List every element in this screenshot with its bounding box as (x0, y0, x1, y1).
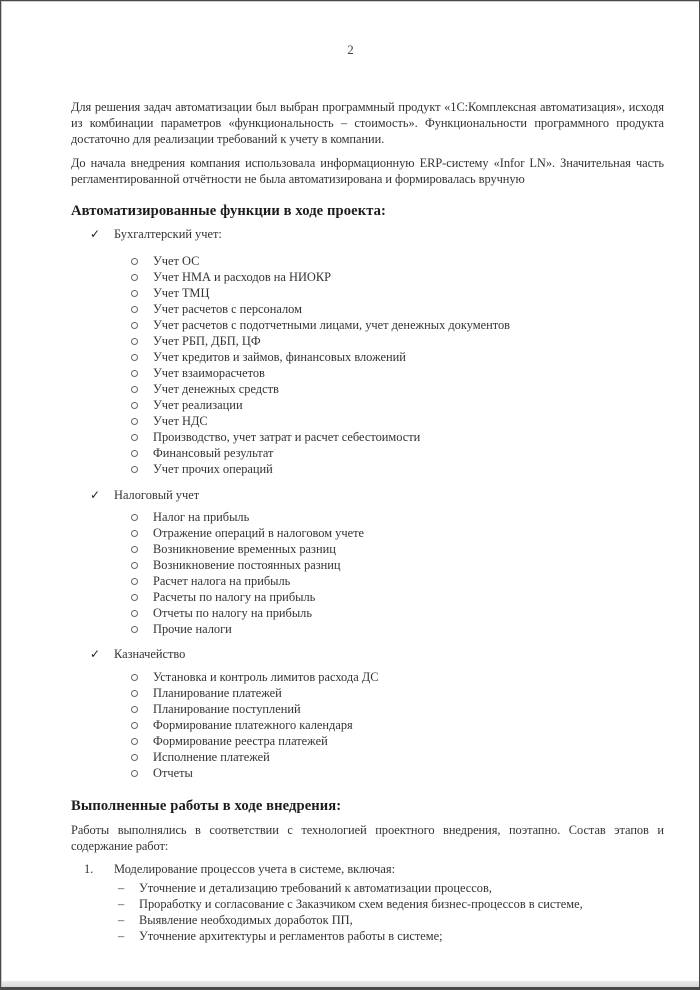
scan-edge (2, 981, 699, 987)
works-paragraph: Работы выполнялись в соответствии с техн… (71, 822, 664, 854)
list-item: Учет денежных средств (131, 381, 510, 397)
list-item: Исполнение платежей (131, 749, 379, 765)
list-item: –Уточнение и детализацию требований к ав… (118, 880, 583, 896)
hollow-circle-icon (131, 370, 138, 377)
list-item: Учет взаиморасчетов (131, 365, 510, 381)
section-heading-completed-works: Выполненные работы в ходе внедрения: (71, 798, 341, 815)
list-item-text: Отражение операций в налоговом учете (153, 525, 364, 541)
hollow-circle-icon (131, 402, 138, 409)
list-item: Расчеты по налогу на прибыль (131, 589, 364, 605)
hollow-circle-icon (131, 418, 138, 425)
list-item-text: Учет денежных средств (153, 381, 279, 397)
list-item: –Уточнение архитектуры и регламентов раб… (118, 928, 583, 944)
hollow-circle-icon (131, 578, 138, 585)
list-item: Учет НМА и расходов на НИОКР (131, 269, 510, 285)
list-item: Отчеты (131, 765, 379, 781)
list-item: Планирование платежей (131, 685, 379, 701)
hollow-circle-icon (131, 338, 138, 345)
list-item-text: Производство, учет затрат и расчет себес… (153, 429, 420, 445)
hollow-circle-icon (131, 770, 138, 777)
accounting-items-list: Учет ОСУчет НМА и расходов на НИОКРУчет … (131, 253, 510, 477)
list-item: Учет РБП, ДБП, ЦФ (131, 333, 510, 349)
check-mark-icon: ✓ (90, 647, 108, 662)
hollow-circle-icon (131, 306, 138, 313)
hollow-circle-icon (131, 290, 138, 297)
list-item-text: Расчеты по налогу на прибыль (153, 589, 315, 605)
check-mark-icon: ✓ (90, 227, 108, 242)
hollow-circle-icon (131, 594, 138, 601)
hollow-circle-icon (131, 354, 138, 361)
list-item: Планирование поступлений (131, 701, 379, 717)
list-item: Учет реализации (131, 397, 510, 413)
list-item: Производство, учет затрат и расчет себес… (131, 429, 510, 445)
list-item: Учет НДС (131, 413, 510, 429)
group-title: Бухгалтерский учет: (114, 227, 222, 242)
list-item-text: Расчет налога на прибыль (153, 573, 290, 589)
list-item: –Проработку и согласование с Заказчиком … (118, 896, 583, 912)
hollow-circle-icon (131, 674, 138, 681)
hollow-circle-icon (131, 274, 138, 281)
hollow-circle-icon (131, 322, 138, 329)
en-dash-icon: – (118, 896, 139, 912)
hollow-circle-icon (131, 258, 138, 265)
hollow-circle-icon (131, 706, 138, 713)
group-tax-accounting: ✓ Налоговый учет (90, 488, 199, 503)
list-item-text: Планирование поступлений (153, 701, 301, 717)
hollow-circle-icon (131, 514, 138, 521)
document-page: 2 Для решения задач автоматизации был вы… (1, 1, 699, 987)
step-1-items-list: –Уточнение и детализацию требований к ав… (118, 880, 583, 944)
list-item-text: Учет кредитов и займов, финансовых вложе… (153, 349, 406, 365)
hollow-circle-icon (131, 466, 138, 473)
intro-paragraph-1: Для решения задач автоматизации был выбр… (71, 99, 664, 147)
treasury-items-list: Установка и контроль лимитов расхода ДСП… (131, 669, 379, 781)
list-item-text: Исполнение платежей (153, 749, 270, 765)
list-item-text: Финансовый результат (153, 445, 273, 461)
list-item-text: Учет РБП, ДБП, ЦФ (153, 333, 261, 349)
hollow-circle-icon (131, 386, 138, 393)
en-dash-icon: – (118, 928, 139, 944)
list-item: Возникновение постоянных разниц (131, 557, 364, 573)
hollow-circle-icon (131, 610, 138, 617)
hollow-circle-icon (131, 434, 138, 441)
intro-paragraph-2: До начала внедрения компания использовал… (71, 155, 664, 187)
step-1: 1.Моделирование процессов учета в систем… (82, 862, 395, 877)
list-item: Налог на прибыль (131, 509, 364, 525)
hollow-circle-icon (131, 530, 138, 537)
list-item-text: Отчеты (153, 765, 193, 781)
step-title: Моделирование процессов учета в системе,… (114, 862, 395, 876)
hollow-circle-icon (131, 450, 138, 457)
hollow-circle-icon (131, 690, 138, 697)
list-item: Прочие налоги (131, 621, 364, 637)
list-item-text: Учет расчетов с персоналом (153, 301, 302, 317)
list-item: Учет ОС (131, 253, 510, 269)
list-item-text: Учет прочих операций (153, 461, 273, 477)
group-title: Казначейство (114, 647, 185, 662)
hollow-circle-icon (131, 626, 138, 633)
list-item-text: Уточнение и детализацию требований к авт… (139, 880, 492, 896)
group-title: Налоговый учет (114, 488, 199, 503)
list-item: Расчет налога на прибыль (131, 573, 364, 589)
group-treasury: ✓ Казначейство (90, 647, 185, 662)
list-item: Учет расчетов с подотчетными лицами, уче… (131, 317, 510, 333)
list-item-text: Уточнение архитектуры и регламентов рабо… (139, 928, 443, 944)
list-item: Установка и контроль лимитов расхода ДС (131, 669, 379, 685)
hollow-circle-icon (131, 722, 138, 729)
list-item-text: Планирование платежей (153, 685, 282, 701)
hollow-circle-icon (131, 738, 138, 745)
list-item: Отражение операций в налоговом учете (131, 525, 364, 541)
list-item: Финансовый результат (131, 445, 510, 461)
list-item: Учет расчетов с персоналом (131, 301, 510, 317)
list-item-text: Учет реализации (153, 397, 243, 413)
list-item: Учет ТМЦ (131, 285, 510, 301)
list-item-text: Возникновение постоянных разниц (153, 557, 341, 573)
step-number: 1. (82, 862, 114, 877)
list-item-text: Учет взаиморасчетов (153, 365, 265, 381)
list-item: Формирование реестра платежей (131, 733, 379, 749)
page-number: 2 (2, 42, 699, 58)
en-dash-icon: – (118, 912, 139, 928)
list-item-text: Проработку и согласование с Заказчиком с… (139, 896, 583, 912)
list-item-text: Прочие налоги (153, 621, 232, 637)
list-item-text: Учет ТМЦ (153, 285, 209, 301)
section-heading-automated-functions: Автоматизированные функции в ходе проект… (71, 203, 386, 220)
en-dash-icon: – (118, 880, 139, 896)
list-item-text: Налог на прибыль (153, 509, 249, 525)
list-item-text: Выявление необходимых доработок ПП, (139, 912, 353, 928)
list-item-text: Учет расчетов с подотчетными лицами, уче… (153, 317, 510, 333)
list-item-text: Формирование реестра платежей (153, 733, 328, 749)
check-mark-icon: ✓ (90, 488, 108, 503)
hollow-circle-icon (131, 546, 138, 553)
group-accounting: ✓ Бухгалтерский учет: (90, 227, 222, 242)
hollow-circle-icon (131, 754, 138, 761)
list-item: Отчеты по налогу на прибыль (131, 605, 364, 621)
list-item-text: Отчеты по налогу на прибыль (153, 605, 312, 621)
list-item-text: Формирование платежного календаря (153, 717, 353, 733)
list-item-text: Учет НДС (153, 413, 208, 429)
list-item: Формирование платежного календаря (131, 717, 379, 733)
list-item: Учет кредитов и займов, финансовых вложе… (131, 349, 510, 365)
tax-items-list: Налог на прибыльОтражение операций в нал… (131, 509, 364, 637)
list-item-text: Установка и контроль лимитов расхода ДС (153, 669, 379, 685)
hollow-circle-icon (131, 562, 138, 569)
list-item-text: Учет НМА и расходов на НИОКР (153, 269, 331, 285)
list-item: –Выявление необходимых доработок ПП, (118, 912, 583, 928)
list-item: Учет прочих операций (131, 461, 510, 477)
list-item-text: Возникновение временных разниц (153, 541, 336, 557)
list-item: Возникновение временных разниц (131, 541, 364, 557)
list-item-text: Учет ОС (153, 253, 199, 269)
